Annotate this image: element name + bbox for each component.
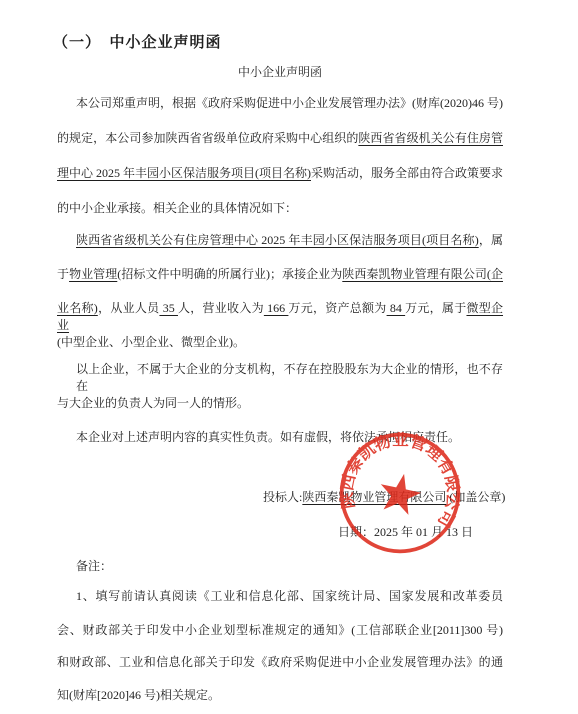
text-line: 于物业管理(招标文件中明确的所属行业)；承接企业为陕西秦凯物业管理有限公司(企 xyxy=(57,266,503,283)
text-line: 日期：2025 年 01 月 13 日 xyxy=(338,524,473,541)
text-segment: 会、财政部关于印发中小企业划型标准规定的通知》(工信部联企业[2011]300 … xyxy=(57,623,503,637)
text-segment: 与大企业的负责人为同一人的情形。 xyxy=(57,396,249,410)
underlined-field-text: 陕西省省级机关公有住房管理中心 2025 年丰园小区保洁服务项目(项目名称) xyxy=(76,233,479,247)
text-line: 本公司郑重声明，根据《政府采购促进中小企业发展管理办法》(财库(2020)46 … xyxy=(76,95,503,112)
text-segment: 备注： xyxy=(76,559,112,573)
text-segment: 万元，属于 xyxy=(405,301,466,315)
text-line: 的中小企业承接。相关企业的具体情况如下： xyxy=(57,200,297,217)
text-line: 会、财政部关于印发中小企业划型标准规定的通知》(工信部联企业[2011]300 … xyxy=(57,622,503,639)
text-segment: 1、填写前请认真阅读《工业和信息化部、国家统计局、国家发展和改革委员 xyxy=(76,589,503,603)
underlined-field-text: 35 xyxy=(159,301,178,315)
text-line: 备注： xyxy=(76,558,112,575)
section-heading: （一） 中小企业声明函 xyxy=(53,31,222,52)
text-segment: (加盖公章) xyxy=(446,490,505,504)
text-line: 投标人:陕西秦凯物业管理有限公司 (加盖公章) xyxy=(263,489,505,506)
text-line: 以上企业，不属于大企业的分支机构，不存在控股股东为大企业的情形，也不存在 xyxy=(76,361,503,395)
text-segment: 人，营业收入为 xyxy=(178,301,264,315)
text-line: (中型企业、小型企业、微型企业)。 xyxy=(57,334,245,351)
underlined-field-text: 陕西秦凯物业管理有限公司(企 xyxy=(342,267,503,281)
underlined-field-text: 业名称) xyxy=(57,301,98,315)
text-line: 知(财库[2020]46 号)相关规定。 xyxy=(57,687,220,704)
text-segment: 本企业对上述声明内容的真实性负责。如有虚假，将依法承担相应责任。 xyxy=(76,430,460,444)
text-segment: 采购活动，服务全部由符合政策要求 xyxy=(311,166,503,180)
text-segment: ，从业人员 xyxy=(98,301,160,315)
text-segment: 和财政部、工业和信息化部关于印发《政府采购促进中小企业发展管理办法》的通 xyxy=(57,655,503,669)
text-segment: 以上企业，不属于大企业的分支机构，不存在控股股东为大企业的情形，也不存在 xyxy=(76,362,503,393)
text-line: 1、填写前请认真阅读《工业和信息化部、国家统计局、国家发展和改革委员 xyxy=(76,588,503,605)
text-segment: 日期：2025 年 01 月 13 日 xyxy=(338,525,473,539)
underlined-field-text: 陕西省省级机关公有住房管 xyxy=(358,131,503,145)
text-segment: 万元，资产总额为 xyxy=(288,301,386,315)
document-page: （一） 中小企业声明函 中小企业声明函本公司郑重声明，根据《政府采购促进中小企业… xyxy=(0,0,578,714)
text-line: 与大企业的负责人为同一人的情形。 xyxy=(57,395,249,412)
text-line: 的规定，本公司参加陕西省省级单位政府采购中心组织的陕西省省级机关公有住房管 xyxy=(57,130,503,147)
text-segment: (中型企业、小型企业、微型企业)。 xyxy=(57,335,245,349)
underlined-field-text: 166 xyxy=(264,301,289,315)
text-line: 本企业对上述声明内容的真实性负责。如有虚假，将依法承担相应责任。 xyxy=(76,429,460,446)
text-line: 陕西省省级机关公有住房管理中心 2025 年丰园小区保洁服务项目(项目名称)，属 xyxy=(76,232,503,249)
underlined-field-text: 84 xyxy=(387,301,406,315)
text-segment: 的中小企业承接。相关企业的具体情况如下： xyxy=(57,201,297,215)
underlined-field-text: 理中心 2025 年丰园小区保洁服务项目(项目名称) xyxy=(57,166,311,180)
text-segment: (招标文件中明确的所属行业)；承接企业为 xyxy=(117,267,342,281)
text-segment: 投标人: xyxy=(263,490,302,504)
text-line: 中小企业声明函 xyxy=(57,64,503,81)
text-segment: 本公司郑重声明，根据《政府采购促进中小企业发展管理办法》(财库(2020)46 … xyxy=(76,96,503,110)
text-line: 和财政部、工业和信息化部关于印发《政府采购促进中小企业发展管理办法》的通 xyxy=(57,654,503,671)
text-segment: 中小企业声明函 xyxy=(238,65,322,79)
text-segment: 知(财库[2020]46 号)相关规定。 xyxy=(57,688,220,702)
text-line: 业名称)，从业人员 35 人，营业收入为 166 万元，资产总额为 84 万元，… xyxy=(57,300,503,334)
text-segment: ，属 xyxy=(479,233,503,247)
text-line: 理中心 2025 年丰园小区保洁服务项目(项目名称)采购活动，服务全部由符合政策… xyxy=(57,165,503,182)
underlined-field-text: 陕西秦凯物业管理有限公司 xyxy=(302,490,446,504)
underlined-field-text: 物业管理 xyxy=(69,267,117,281)
text-segment: 于 xyxy=(57,267,69,281)
text-segment: 的规定，本公司参加陕西省省级单位政府采购中心组织的 xyxy=(57,131,358,145)
